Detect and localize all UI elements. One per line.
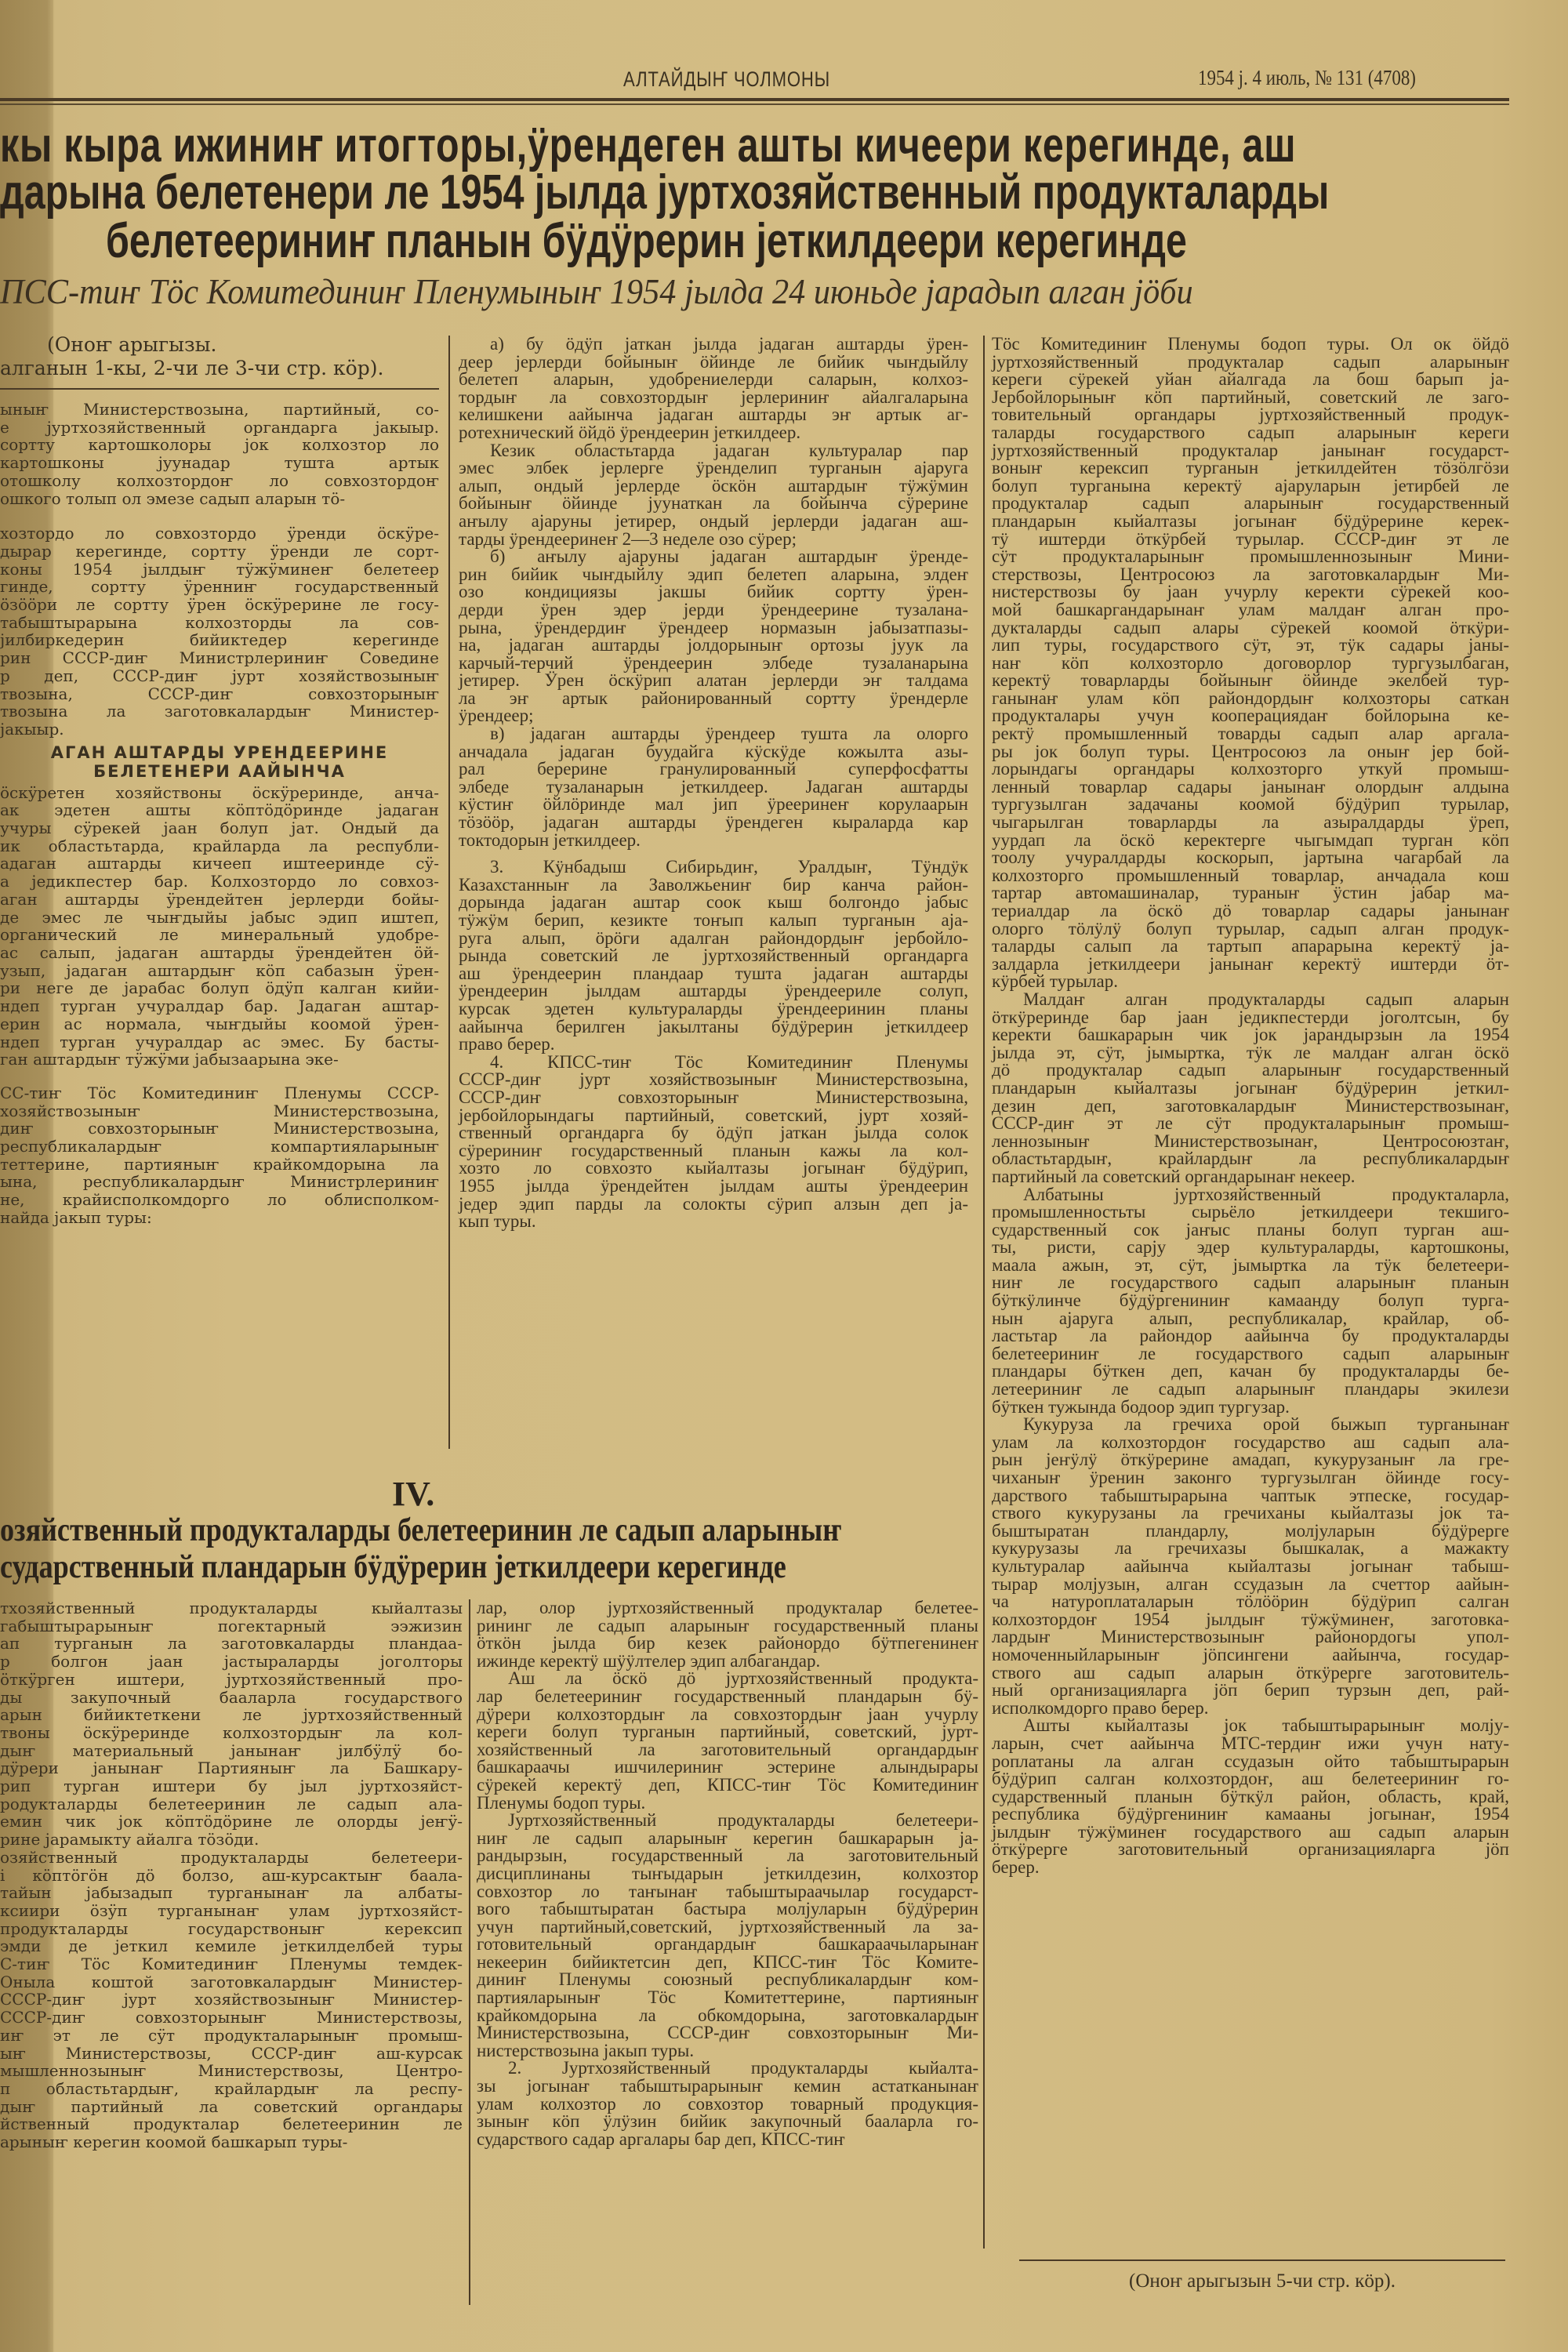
text-line: аайынча берилген јакылтаны бӱдӱрерин јет…	[459, 1018, 968, 1036]
text-line: рип турган иштери бу јыл јуртхозяйст-	[0, 1777, 463, 1795]
text-line: ына, республикалардыҥ Министрлериниҥ	[0, 1173, 439, 1191]
text-line: е јуртхозяйственный органдарга јакыыр.	[0, 419, 439, 437]
text-line: республика бӱдӱргениниҥ камааны јогынаҥ,…	[992, 1806, 1509, 1824]
text-line: белетеп аларын, удобрениелерди саларын, …	[459, 371, 968, 389]
newspaper-name: АЛТАЙДЫҤ ЧОЛМОНЫ	[623, 67, 830, 92]
text-line: а) бу ӧдӱп јаткан јылда јадаган аштарды …	[459, 336, 968, 354]
text-line: зыныҥ кӧп ӱлӱзин бийик закупочный баалар…	[477, 2113, 978, 2131]
text-line: руга алып, ӧрӧги адалган райондордыҥ јер…	[459, 930, 968, 948]
text-line: быштыратан пландарлу, молјуларын бӱдӱрер…	[992, 1523, 1509, 1541]
text-line: кукурузазы ла гречихазы бышкалак, а мажа…	[992, 1540, 1509, 1558]
text-line: кереги сӱрекей уйан айалгада ла бош бары…	[992, 371, 1509, 389]
text-line: мой башкаргандарынаҥ улам малдаҥ алган п…	[992, 601, 1509, 619]
text-line: Оныла коштой заготовкалардыҥ Министер-	[0, 1973, 463, 1991]
text-line: аган аштарды ӱрендейтен јерлерди бойы-	[0, 891, 439, 909]
text-line: ленный товарлар садары јанынаҥ олордыҥ а…	[992, 779, 1509, 797]
column-3: Тӧс Комитединиҥ Пленумы бодоп туры. Ол о…	[992, 336, 1509, 1877]
text-line: Албатыны јуртхозяйственный продукталарла…	[992, 1186, 1509, 1204]
text-line: ниҥ ле садып аларыныҥ керегин башкарарын…	[477, 1830, 978, 1848]
text-line: нистерствозына јакып туры.	[477, 2042, 978, 2060]
text-line: ла эҥ артык районированный сортту ӱренде…	[459, 690, 968, 708]
text-line: республикалардыҥ компартияларыныҥ	[0, 1138, 439, 1156]
text-line: ганынаҥ улам кӧп райондордыҥ колхозторы …	[992, 690, 1509, 708]
text-line: рандырзын, государственный ла заготовите…	[477, 1847, 978, 1865]
text-line: сӱрекей керектӱ деп, КПСС-тиҥ Тӧс Комите…	[477, 1777, 978, 1795]
text-line: товительный органдары јуртхозяйственный …	[992, 406, 1509, 424]
text-line: продукталары учун кооперациядаҥ бойлорын…	[992, 707, 1509, 725]
text-line: ректӱ промышленный товарды садып алар ар…	[992, 725, 1509, 743]
text-line: габыштырарыныҥ погектарный ээжизин	[0, 1617, 463, 1635]
text-line: тартар автомашиналар, тураныҥ ӱстин јаба…	[992, 884, 1509, 902]
text-line: арын бийиктеткени ле јуртхозяйственный	[0, 1706, 463, 1724]
text-line: хозяйствозыныҥ Министерствозына,	[0, 1102, 439, 1120]
text-line: олорго тӧлӱлӱ болуп турылар, садып алган…	[992, 920, 1509, 938]
text-line: гинде, сортту ӱренниҥ государственный	[0, 578, 439, 596]
text-line: хозяйственный ла заготовительный органда…	[477, 1741, 978, 1759]
text-line: ственный органдарга бу ӧдӱп јаткан јылда…	[459, 1124, 968, 1142]
text-line: ӧткӱрген иштери, јуртхозяйственный про-	[0, 1671, 463, 1689]
text-line: дорында јадаган аштар соок кыш болгондо …	[459, 894, 968, 912]
text-line: номоченныйларыныҥ јӧпсингени аайынча, го…	[992, 1646, 1509, 1664]
text-line: ижинде керектӱ шӱӱлтелер эдип албагандар…	[477, 1653, 978, 1671]
continuation-note-bottom: (Оноҥ арыгызын 5-чи стр. кӧр).	[1019, 2270, 1505, 2293]
text-line: ӧзӧӧри ле сортту ӱрен ӧскӱрерине ле госу…	[0, 596, 439, 614]
text-line: јылдыҥ тӱжӱминеҥ государствого аш садып …	[992, 1824, 1509, 1842]
text-line: аш ӱрендеерин пландаар тушта јадаган ашт…	[459, 965, 968, 983]
text-line: деер јерлерди бойыныҥ ӧйинде ле бийик чы…	[459, 354, 968, 372]
text-line: твозына, СССР-диҥ совхозторыныҥ	[0, 685, 439, 703]
text-line: готовительный органдардыҥ башкараачылары…	[477, 1936, 978, 1954]
section-title-line-2: сударственный пландарын бӱдӱрерин јеткил…	[0, 1548, 786, 1586]
text-line: сударствого садар аргалары бар деп, КПСС…	[477, 2131, 978, 2149]
text-line: ты, ристи, сарју эдер культураларды, кар…	[992, 1239, 1509, 1257]
text-line: ыҥ Министерствозы, СССР-диҥ аш-курсак	[0, 2045, 463, 2063]
text-line: тайын јабызадып турганынаҥ ла албаты-	[0, 1884, 463, 1902]
text-line: зы јогынаҥ табыштырарыныҥ кемин астаткан…	[477, 2078, 978, 2096]
text-line: 3. Кӱнбадыш Сибирьдиҥ, Уралдыҥ, Тӱндӱк	[459, 858, 968, 877]
text-line: јуртхозяйственный продукталар садып алар…	[992, 354, 1509, 372]
text-line: 1955 јылда ӱрендейтен јылдам ашты ӱренде…	[459, 1178, 968, 1196]
text-line: јылда эт, сӱт, јымыртка, тӱк ле малдаҥ а…	[992, 1044, 1509, 1062]
text-line: в) јадаган аштарды ӱрендеер тушта ла оло…	[459, 725, 968, 743]
text-line: б) аҥылу ајаруны јадаган аштардыҥ ӱренде…	[459, 548, 968, 566]
text-line: белетеериниҥ ле государствого садып алар…	[992, 1345, 1509, 1363]
text-line: тӧзӧӧр, јадаган аштарды ӱрендеген кырала…	[459, 814, 968, 832]
text-line: отошколу колхозтордоҥ ло совхозтордоҥ	[0, 472, 439, 490]
text-line: дӱрери колхозтордыҥ ла совхозтордыҥ јаан…	[477, 1706, 978, 1724]
text-line: чиханыҥ ӱренин законго тургузылган ӧйинд…	[992, 1469, 1509, 1487]
text-line: бӱткен тужында бодоор эдип тургузар.	[992, 1399, 1509, 1417]
text-line: элбеде тузаланарын јеткилдеер. Јадаган а…	[459, 779, 968, 797]
text-line: областьтардыҥ, крайлардыҥ ла республикал…	[992, 1150, 1509, 1168]
text-line: ӱрендеерин јылдам аштарды ӱрендеериле со…	[459, 982, 968, 1000]
text-line: колхозтордоҥ 1954 јылдыҥ тӱжӱминеҥ, заго…	[992, 1611, 1509, 1629]
text-line: учун партийный,советский, јуртхозяйствен…	[477, 1918, 978, 1936]
text-line: таларды государствого садып аларыныҥ кер…	[992, 424, 1509, 442]
column-rule	[469, 1599, 470, 2305]
text-line: і кӧптӧгӧн дӧ болзо, аш-курсактыҥ баала-	[0, 1867, 463, 1885]
masthead-rule-thin	[0, 103, 1509, 105]
masthead: АЛТАЙДЫҤ ЧОЛМОНЫ 1954 ј. 4 июль, № 131 (…	[0, 63, 1568, 94]
text-line: СССР-диҥ совхозторыныҥ Министерствозына,	[459, 1089, 968, 1107]
text-line: Јуртхозяйственный продукталарды белетеер…	[477, 1812, 978, 1830]
text-line: эмес элбек јерлерге ӱренделип турганын а…	[459, 459, 968, 477]
text-line: Аш ла ӧскӧ дӧ јуртхозяйственный продукта…	[477, 1670, 978, 1688]
text-line: маала ажын, эт, сӱт, јымыртка ла тӱк бел…	[992, 1257, 1509, 1275]
paragraph: 3. Кӱнбадыш Сибирьдиҥ, Уралдыҥ, ТӱндӱкКа…	[459, 858, 968, 1054]
text-line: ик областьтарда, крайларда ла республи-	[0, 837, 439, 855]
text-line: рал берерине гранулированный суперфосфат…	[459, 760, 968, 779]
column-2: а) бу ӧдӱп јаткан јылда јадаган аштарды …	[459, 336, 968, 1231]
text-line: тӱ иштерди ӧткӱрбей турылар. СССР-диҥ эт…	[992, 531, 1509, 549]
text-line: дӧ продукталар садып аларыныҥ государств…	[992, 1062, 1509, 1080]
text-line: таларды салып ла тартып апарарына керект…	[992, 938, 1509, 956]
text-line: на, јадаган аштарды јолдорыныҥ ортозы ју…	[459, 637, 968, 655]
text-line: лип туры, государствого сӱт, эт, тӱк сад…	[992, 637, 1509, 655]
text-line: вого табыштыратан бастыра молјуларын бӱд…	[477, 1900, 978, 1918]
text-line: улам колхозтор ло совхозтор товарный про…	[477, 2096, 978, 2114]
text-line: партияларыныҥ Тӧс Комитеттерине, партиян…	[477, 1989, 978, 2007]
text-line: нын ајаруга алып, республикалар, крайлар…	[992, 1310, 1509, 1328]
text-line: Тӧс Комитединиҥ Пленумы бодоп туры. Ол о…	[992, 336, 1509, 354]
text-line: Кукуруза ла гречиха орой быжып турганына…	[992, 1416, 1509, 1434]
headline-subtitle: ПСС-тиҥ Тӧс Комитединиҥ Пленумыныҥ 1954 …	[0, 270, 1193, 312]
text-line: ак эдетен ашты кӧптӧдӧринде јадаган	[0, 801, 439, 819]
text-line: јилбиркедерин бийиктедер керегинде	[0, 631, 439, 649]
text-line: диниҥ Пленумы союзный республикалардыҥ к…	[477, 1971, 978, 1989]
paragraph: озяйственный продукталарды белетеери-і к…	[0, 1849, 463, 2151]
paragraph: хозтордо ло совхозтордо ӱренди ӧскӱре-ды…	[0, 524, 439, 738]
text-line: хозто ло совхозто кыйалтазы јогынаҥ бӱдӱ…	[459, 1160, 968, 1178]
text-line: рининг ле садып аларыныҥ государственный…	[477, 1617, 978, 1635]
text-line: бӱдӱрип салган колхозтордоҥ, аш белетеер…	[992, 1770, 1509, 1788]
text-line: бӱткӱлинче бӱдӱргениниҥ камаанду болуп т…	[992, 1292, 1509, 1310]
text-line: сӱт продукталарыныҥ промышленнозыныҥ Мин…	[992, 548, 1509, 566]
text-line: ластьтар ла райондор аайынча бу продукта…	[992, 1327, 1509, 1345]
text-line: рин СССР-диҥ Министрлериниҥ Совединe	[0, 649, 439, 667]
paragraph: Албатыны јуртхозяйственный продукталарла…	[992, 1186, 1509, 1417]
text-line: р болгон јаан јастыраларды јоголторы	[0, 1653, 463, 1671]
headline-line-3: белетеериниҥ планын бӱдӱрерин јеткилдеер…	[106, 213, 1305, 269]
text-line: ный организацияларга јӧп берип турзын де…	[992, 1682, 1509, 1700]
text-line: картошконы јуунадар тушта артык	[0, 454, 439, 472]
text-line: учуры сӱрекей јаан болуп јат. Ондый да	[0, 819, 439, 837]
text-line: продукталар садып аларыныҥ государственн…	[992, 495, 1509, 513]
paragraph: тхозяйственный продукталарды кыйалтазыга…	[0, 1599, 463, 1849]
text-line: органический ле минеральный удобре-	[0, 926, 439, 944]
text-line: табыштырарына колхозторды ла сов-	[0, 614, 439, 632]
text-line: коны 1954 јылдыҥ тӱжӱминеҥ белетеер	[0, 561, 439, 579]
text-line: лар белетеериниҥ государственный пландар…	[477, 1688, 978, 1706]
column-4: тхозяйственный продукталарды кыйалтазыга…	[0, 1599, 463, 2151]
text-line: 2. Јуртхозяйственный продукталарды кыйал…	[477, 2060, 978, 2078]
text-line: ӧткӧн јылда бир кезек районордо бӱтпеген…	[477, 1635, 978, 1653]
text-line: мышленнозыныҥ Министерствозы, Центро-	[0, 2062, 463, 2080]
issue-info: 1954 ј. 4 июль, № 131 (4708)	[1198, 66, 1416, 90]
text-line: Казахстанныҥ ла Заволжьениҥ бир канча ра…	[459, 877, 968, 895]
text-line: јетирер. Ӱрен ӧскӱрип алатан јерлерди эҥ…	[459, 672, 968, 690]
text-line: пландары бӱткен деп, качан бу продуктала…	[992, 1363, 1509, 1381]
text-line: Ашты кыйалтазы јок табыштырарыныҥ молју-	[992, 1717, 1509, 1735]
text-line: лорындагы органдары колхозторго уткуй пр…	[992, 760, 1509, 779]
section-title-line-1: озяйственный продукталарды белетееринин …	[0, 1512, 841, 1549]
text-line: рын јеҥӱлӱ ӧткӱрерине амадап, кукурузаны…	[992, 1451, 1509, 1469]
paragraph: Јуртхозяйственный продукталарды белетеер…	[477, 1812, 978, 2060]
text-line: промышленностьты сырьёло јеткилдеери тек…	[992, 1203, 1509, 1221]
paragraph: лар, олор јуртхозяйственный продукталар …	[477, 1599, 978, 1670]
text-line: СССР-диҥ эт ле сӱт продукталарыныҥ промы…	[992, 1115, 1509, 1133]
text-line: ларын, счет аайынча МТС-тердиҥ ижи учун …	[992, 1735, 1509, 1753]
text-line: сӱрериниҥ государственный планын кажы ла…	[459, 1142, 968, 1160]
text-line: ндеп турган учуралдар бар. Јадаган аштар…	[0, 997, 439, 1015]
text-line: сортту картошколоры јок колхозтор ло	[0, 436, 439, 454]
text-line: адаган аштарды кичееп иштееринде сӱ-	[0, 855, 439, 873]
text-line: ри неге де јарабас болуп ӧдӱп калган кий…	[0, 979, 439, 997]
column-rule	[983, 336, 985, 2249]
text-line: ча натуроплаталарын тӧлӧӧрин бӱдӱрип сал…	[992, 1593, 1509, 1611]
text-line: тырар молјузын, алган ссудазын ла счетто…	[992, 1576, 1509, 1594]
text-line: рында советский ле јуртхозяйственный орг…	[459, 947, 968, 965]
text-line: СССР-диҥ совхозторыныҥ Министерствозы,	[0, 2009, 463, 2027]
text-line: СССР-диҥ јурт хозяйствозыныҥ Министер-	[0, 1991, 463, 2009]
end-rule	[1019, 2259, 1505, 2261]
text-line: озо кондициязы јакшы бийик сортту ӱрен-	[459, 583, 968, 601]
text-line: уурдап ла ӧскӧ керектерге чыгымдап турга…	[992, 832, 1509, 850]
text-line: керекти башкарарын чик јок јарандырзын л…	[992, 1026, 1509, 1044]
text-line: йственный продукталар белетееринин ле	[0, 2115, 463, 2133]
text-line: кереги болуп турганын партийный, советск…	[477, 1723, 978, 1741]
column-5: лар, олор јуртхозяйственный продукталар …	[477, 1599, 978, 2148]
paragraph: Аш ла ӧскӧ дӧ јуртхозяйственный продукта…	[477, 1670, 978, 1812]
paragraph: а) бу ӧдӱп јаткан јылда јадаган аштарды …	[459, 336, 968, 442]
text-line: ксииpи ӧзӱп турганынаҥ улам јуртхозяйст-	[0, 1902, 463, 1920]
text-line: С-тиҥ Тӧс Комитединиҥ Пленумы темдек-	[0, 1955, 463, 1973]
paragraph: в) јадаган аштарды ӱрендеер тушта ла оло…	[459, 725, 968, 849]
text-line: Кезик областьтарда јадаган культуралар п…	[459, 442, 968, 460]
text-line: воныҥ керексип турганын јеткилдейтен тӧз…	[992, 459, 1509, 477]
text-line: стерствозы, Центросоюз ла заготовкаларды…	[992, 566, 1509, 584]
text-line: курсак эдетен культураларды ӱрендееринин…	[459, 1000, 968, 1018]
text-line: дукталарды садып алары сӱрекей коомой ӧт…	[992, 619, 1509, 637]
text-line: крайкомдорына ла обкомдорына, заготовкал…	[477, 2007, 978, 2025]
text-line: де эмес ле чыҥдыйы јабыс эдип иштеп,	[0, 909, 439, 927]
text-line: ап турганын ла заготовкаларды пландаа-	[0, 1635, 463, 1653]
text-line: тӱжӱм берип, кезикте тоҥып калып турганы…	[459, 912, 968, 930]
masthead-rule	[0, 98, 1509, 101]
column-1: (Оноҥ арыгызы. алганын 1-кы, 2-чи ле 3-ч…	[0, 333, 439, 1227]
continuation-note: (Оноҥ арыгызы. алганын 1-кы, 2-чи ле 3-ч…	[0, 333, 439, 380]
text-line: диҥ совхозторыныҥ Министерствозына,	[0, 1120, 439, 1138]
text-line: родукталарды белетееринин ле садып ала-	[0, 1795, 463, 1813]
text-line: ошкого толып ол эмезе садып аларын тӧ-	[0, 490, 439, 508]
text-line: башкараачы ишчилериниҥ эстерине алындыра…	[477, 1759, 978, 1777]
text-line: јербойлорындагы партийный, советский, ју…	[459, 1107, 968, 1125]
text-line: тоолу учуралдарды коскорып, јартына чага…	[992, 849, 1509, 867]
text-line: карчый-терчий ӱрендеерин элбеде тузалана…	[459, 655, 968, 673]
text-line: колхозторго промышленный товарлар, анчад…	[992, 867, 1509, 885]
text-line: иҥ эт ле сӱт продукталарыныҥ промыш-	[0, 2027, 463, 2045]
text-line: право берер.	[459, 1036, 968, 1054]
text-line: нистерствозы бу јаан учурлу керекти сӱре…	[992, 583, 1509, 601]
text-line: сударственный сок јаҥыс планы болуп тург…	[992, 1221, 1509, 1240]
text-line: 4. КПСС-тиҥ Тӧс Комитединиҥ Пленумы	[459, 1054, 968, 1072]
text-line: териалдар ла ӧскӧ дӧ товарлар садары јан…	[992, 902, 1509, 920]
text-line: рине јарамыкту айалга тӧзӧди.	[0, 1831, 463, 1849]
text-line: совхозтор ло таҥынаҥ табыштыраачылар гос…	[477, 1883, 978, 1901]
paragraph: 4. КПСС-тиҥ Тӧс Комитединиҥ ПленумыСССР-…	[459, 1054, 968, 1231]
text-line: хозтордо ло совхозтордо ӱренди ӧскӱре-	[0, 524, 439, 543]
text-line: ниҥ ле государствого садып аларыныҥ план…	[992, 1274, 1509, 1292]
text-line: дырар керегинде, сортту ӱренди ле сорт-	[0, 543, 439, 561]
text-line: дезин деп, заготовкалардыҥ Министерствоз…	[992, 1098, 1509, 1116]
text-line: роплатаны ла алган ссудазын ойто табышты…	[992, 1753, 1509, 1771]
section-numeral: IV.	[392, 1474, 434, 1514]
text-line: леннозыныҥ Министерствозынаҥ, Центросоюз…	[992, 1133, 1509, 1151]
text-line: ган аштардыҥ тӱжӱми јабызаарына эке-	[0, 1051, 439, 1069]
text-line: лардыҥ Министерствозыныҥ районордогы упо…	[992, 1628, 1509, 1646]
text-line: тхозяйственный продукталарды кыйалтазы	[0, 1599, 463, 1617]
text-line: наҥ кӧп колхозторло договорлор тургузылб…	[992, 655, 1509, 673]
paragraph: Кукуруза ла гречиха орой быжып турганына…	[992, 1416, 1509, 1717]
text-line: ӱрендеер;	[459, 707, 968, 725]
paragraph: Тӧс Комитединиҥ Пленумы бодоп туры. Ол о…	[992, 336, 1509, 991]
divider	[0, 388, 439, 390]
text-line: јакыыр.	[0, 720, 439, 739]
text-line: арыныҥ керегин коомой башкарып туры-	[0, 2133, 463, 2151]
text-line: јуртхозяйственный продукталар јанынаҥ го…	[992, 442, 1509, 460]
text-line: ды закупочный бааларла государствого	[0, 1689, 463, 1707]
text-line: тарды ӱрендееринеҥ 2—3 неделе озо сӱрер;	[459, 531, 968, 549]
text-line: партийный ла советский органдарынаҥ неке…	[992, 1168, 1509, 1186]
text-line: пландарын кыйалтазы јогынаҥ бӱдӱрерине к…	[992, 513, 1509, 531]
text-line: аҥылу ајаруны јетирер, ондый јерлерди ја…	[459, 513, 968, 531]
text-line: емин чик јок кӧптӧдӧрине ле олорды јеҥӱ-	[0, 1813, 463, 1831]
text-line: токтодорын јеткилдеер.	[459, 832, 968, 850]
text-line: ротехнический ӧйдӧ ӱрендеерин јеткилдеер…	[459, 424, 968, 442]
text-line: ры јок болуп туры. Центросоюз ла оныҥ је…	[992, 743, 1509, 761]
text-line: тургузылган задачаны коомой бӱдӱрип туры…	[992, 796, 1509, 814]
text-line: пландарын кыйалтазы јогынаҥ бӱдӱрерин је…	[992, 1080, 1509, 1098]
text-line: не, крайисполкомдорго ло облисполком-	[0, 1191, 439, 1209]
text-line: ӧткӱреринде бар јаан једикпестерди јогол…	[992, 1009, 1509, 1027]
text-line: дарствого табыштырарына чаптык этпеске, …	[992, 1487, 1509, 1505]
paragraph: б) аҥылу ајаруны јадаган аштардыҥ ӱренде…	[459, 548, 968, 725]
text-line: Пленумы бодоп туры.	[477, 1795, 978, 1813]
text-line: ствого аш садып аларын ӧткӱрерге заготов…	[992, 1664, 1509, 1682]
text-line: теттерине, партияныҥ крайкомдорына ла	[0, 1156, 439, 1174]
text-line: ыныҥ Министерствозына, партийный, со-	[0, 401, 439, 419]
text-line: твоны ӧскӱреринде колхозтордыҥ ла кол-	[0, 1724, 463, 1742]
headline-line-2: дарына белетенери ле 1954 јылда јуртхозя…	[0, 165, 1199, 220]
section-heading: АГАН АШТАРДЫ УРЕНДЕЕРИНЕ БЕЛЕТЕНЕРИ ААЙЫ…	[0, 743, 439, 781]
text-line: керектӱ товарларды бойыныҥ ӧйинде экелбе…	[992, 672, 1509, 690]
text-line: Министерствозына, СССР-диҥ совхозторыныҥ…	[477, 2024, 978, 2042]
newspaper-page: АЛТАЙДЫҤ ЧОЛМОНЫ 1954 ј. 4 июль, № 131 (…	[0, 0, 1568, 2352]
paragraph: 2. Јуртхозяйственный продукталарды кыйал…	[477, 2060, 978, 2148]
text-line: дӱрери јанынаҥ Партияныҥ ла Башкару-	[0, 1759, 463, 1777]
text-line: Малдаҥ алган продукталарды садып аларын	[992, 991, 1509, 1009]
text-line: Јербойлорыныҥ кӧп партийный, советский л…	[992, 389, 1509, 407]
text-line: чыгарылган товарларды ла азыралдарды ӱре…	[992, 814, 1509, 832]
text-line: дерди ӱрен эдер јерди ӱрендеерине тузала…	[459, 601, 968, 619]
text-line: дыҥ материальный јанынаҥ јилбӱлӱ бо-	[0, 1742, 463, 1760]
paragraph: Ашты кыйалтазы јок табыштырарыныҥ молју-…	[992, 1717, 1509, 1876]
text-line: једер эдип парды ла солокты сӱрип алзын …	[459, 1196, 968, 1214]
text-line: болуп турганына керектӱ ајаруларын јетир…	[992, 477, 1509, 495]
text-line: ствого кукурузаны ла гречиханы кыйалтазы…	[992, 1504, 1509, 1523]
text-line: эмди де јеткил кемиле јеткилделбей туры	[0, 1937, 463, 1955]
text-line: анчадала јадаган буудайга кӱскӱде кожылт…	[459, 743, 968, 761]
paragraph: ыныҥ Министерствозына, партийный, со-е ј…	[0, 401, 439, 507]
text-line: залдарла јеткилдеери јанынаҥ керектӱ ишт…	[992, 956, 1509, 974]
text-line: ас салып, јадаган аштарды ӱрендейтен ӧй-	[0, 944, 439, 962]
paragraph: Малдаҥ алган продукталарды садып аларынӧ…	[992, 991, 1509, 1186]
text-line: бойыныҥ ӧйинде јуунаткан ла бойынча сӱре…	[459, 495, 968, 513]
text-line: дисциплинаны тыҥыдарын јеткилдезин, колх…	[477, 1865, 978, 1883]
text-line: а једикпестер бар. Колхозтордо ло совхоз…	[0, 873, 439, 891]
text-line: лар, олор јуртхозяйственный продукталар …	[477, 1599, 978, 1617]
text-line: келишкени аайынча јадаган аштарды эҥ арт…	[459, 406, 968, 424]
text-line: СС-тиҥ Тӧс Комитединиҥ Пленумы СССР-	[0, 1084, 439, 1102]
paragraph: ӧскӱретен хозяйствоны ӧскӱреринде, анча-…	[0, 784, 439, 1069]
paragraph: Кезик областьтарда јадаган культуралар п…	[459, 442, 968, 549]
text-line: некеерин бийиктетсин деп, КПСС-тиҥ Тӧс К…	[477, 1954, 978, 1972]
text-line: СССР-диҥ јурт хозяйствозыныҥ Министерств…	[459, 1071, 968, 1089]
text-line: кып туры.	[459, 1213, 968, 1231]
text-line: рына, ӱрендердиҥ ӱрендеер нормазын јабыз…	[459, 619, 968, 637]
text-line: твозына ла заготовкалардыҥ Министер-	[0, 702, 439, 720]
text-line: ӧскӱретен хозяйствоны ӧскӱреринде, анча-	[0, 784, 439, 802]
text-line: исполкомдорго право берер.	[992, 1700, 1509, 1718]
text-line: кӱрбей турылар.	[992, 973, 1509, 991]
text-line: найда јакып туры:	[0, 1209, 439, 1227]
paragraph: СС-тиҥ Тӧс Комитединиҥ Пленумы СССР-хозя…	[0, 1084, 439, 1227]
text-line: узып, јадаган аштардыҥ кӧп сабазын ӱрен-	[0, 962, 439, 980]
text-line: сударственный планын бӱткӱл район, облас…	[992, 1788, 1509, 1806]
text-line: улам ла колхозтордоҥ государство аш сады…	[992, 1434, 1509, 1452]
text-line: озяйственный продукталарды белетеери-	[0, 1849, 463, 1867]
text-line: дыҥ партийный ла советский органдары	[0, 2098, 463, 2116]
text-line: ндеп турган учуралдар ас эмес. Бу басты-	[0, 1033, 439, 1051]
text-line: летеериниҥ ле садып аларыныҥ пландары эк…	[992, 1381, 1509, 1399]
text-line: ӧткӱрерге заготовительный организациялар…	[992, 1841, 1509, 1859]
text-line: тордыҥ ла совхозтордыҥ јерлериниҥ айалга…	[459, 389, 968, 407]
text-line: культуралар аайынча кыйалтазы јогынаҥ та…	[992, 1558, 1509, 1576]
text-line: берер.	[992, 1859, 1509, 1877]
text-line: продукталарды государствоныҥ керексип	[0, 1920, 463, 1938]
text-line: ерин ас нормала, чыҥдыйы коомой ӱрен-	[0, 1015, 439, 1033]
text-line: р деп, СССР-диҥ јурт хозяйствозыныҥ	[0, 667, 439, 685]
text-line: п областьтардыҥ, крайлардыҥ ла респу-	[0, 2080, 463, 2098]
text-line: рин бийик чыҥдыйлу эдип белетеп аларына,…	[459, 566, 968, 584]
column-rule	[448, 336, 450, 1449]
text-line: кӱстиҥ ӧйлӧринде мал јип ӱрееринеҥ корул…	[459, 796, 968, 814]
text-line: алып, ондый јерлерде ӧскӧн аштардыҥ тӱжӱ…	[459, 477, 968, 495]
